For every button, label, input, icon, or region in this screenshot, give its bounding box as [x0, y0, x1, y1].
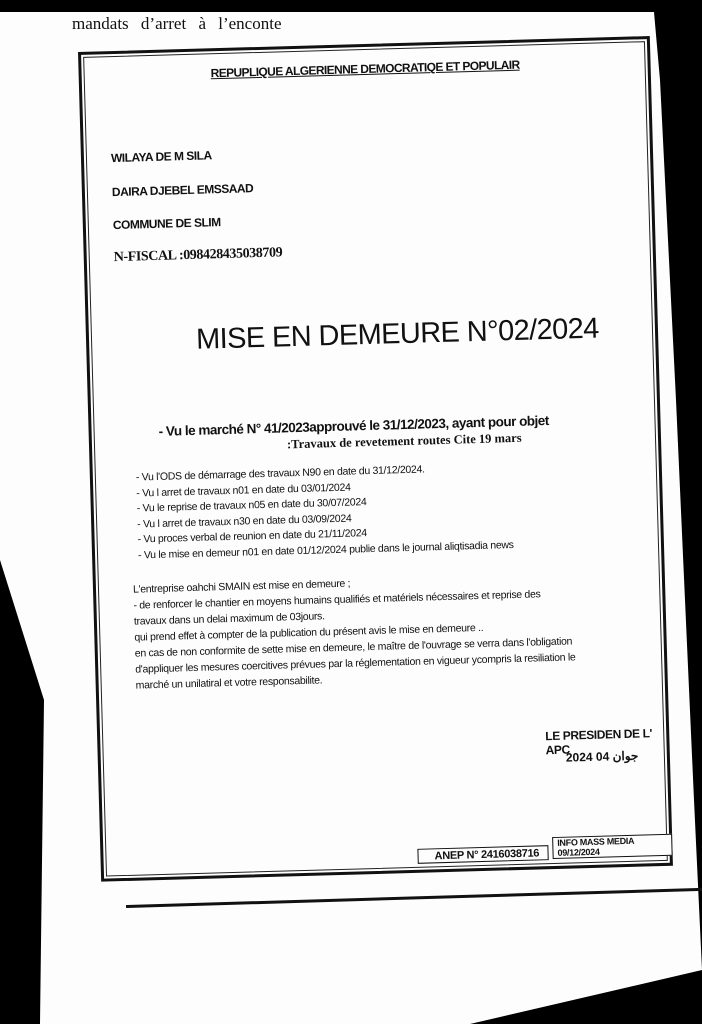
notice-body: L'entreprise oahchi SMAIN est mise en de…: [133, 566, 696, 694]
legal-notice: REPUPLIQUE ALGERIENNE DEMOCRATIQE ET POP…: [78, 36, 673, 882]
vu-list: - Vu l'ODS de démarrage des travaux N90 …: [136, 460, 514, 563]
commune: COMMUNE DE SLIM: [113, 215, 221, 232]
media-credit: INFO MASS MEDIA 09/12/2024: [552, 834, 673, 859]
previous-article-fragment: mandats d’arret à l’enconte: [72, 14, 282, 34]
stamp-date: 2024 جوان 04: [566, 749, 639, 765]
wilaya: WILAYA DE M SILA: [111, 148, 212, 165]
